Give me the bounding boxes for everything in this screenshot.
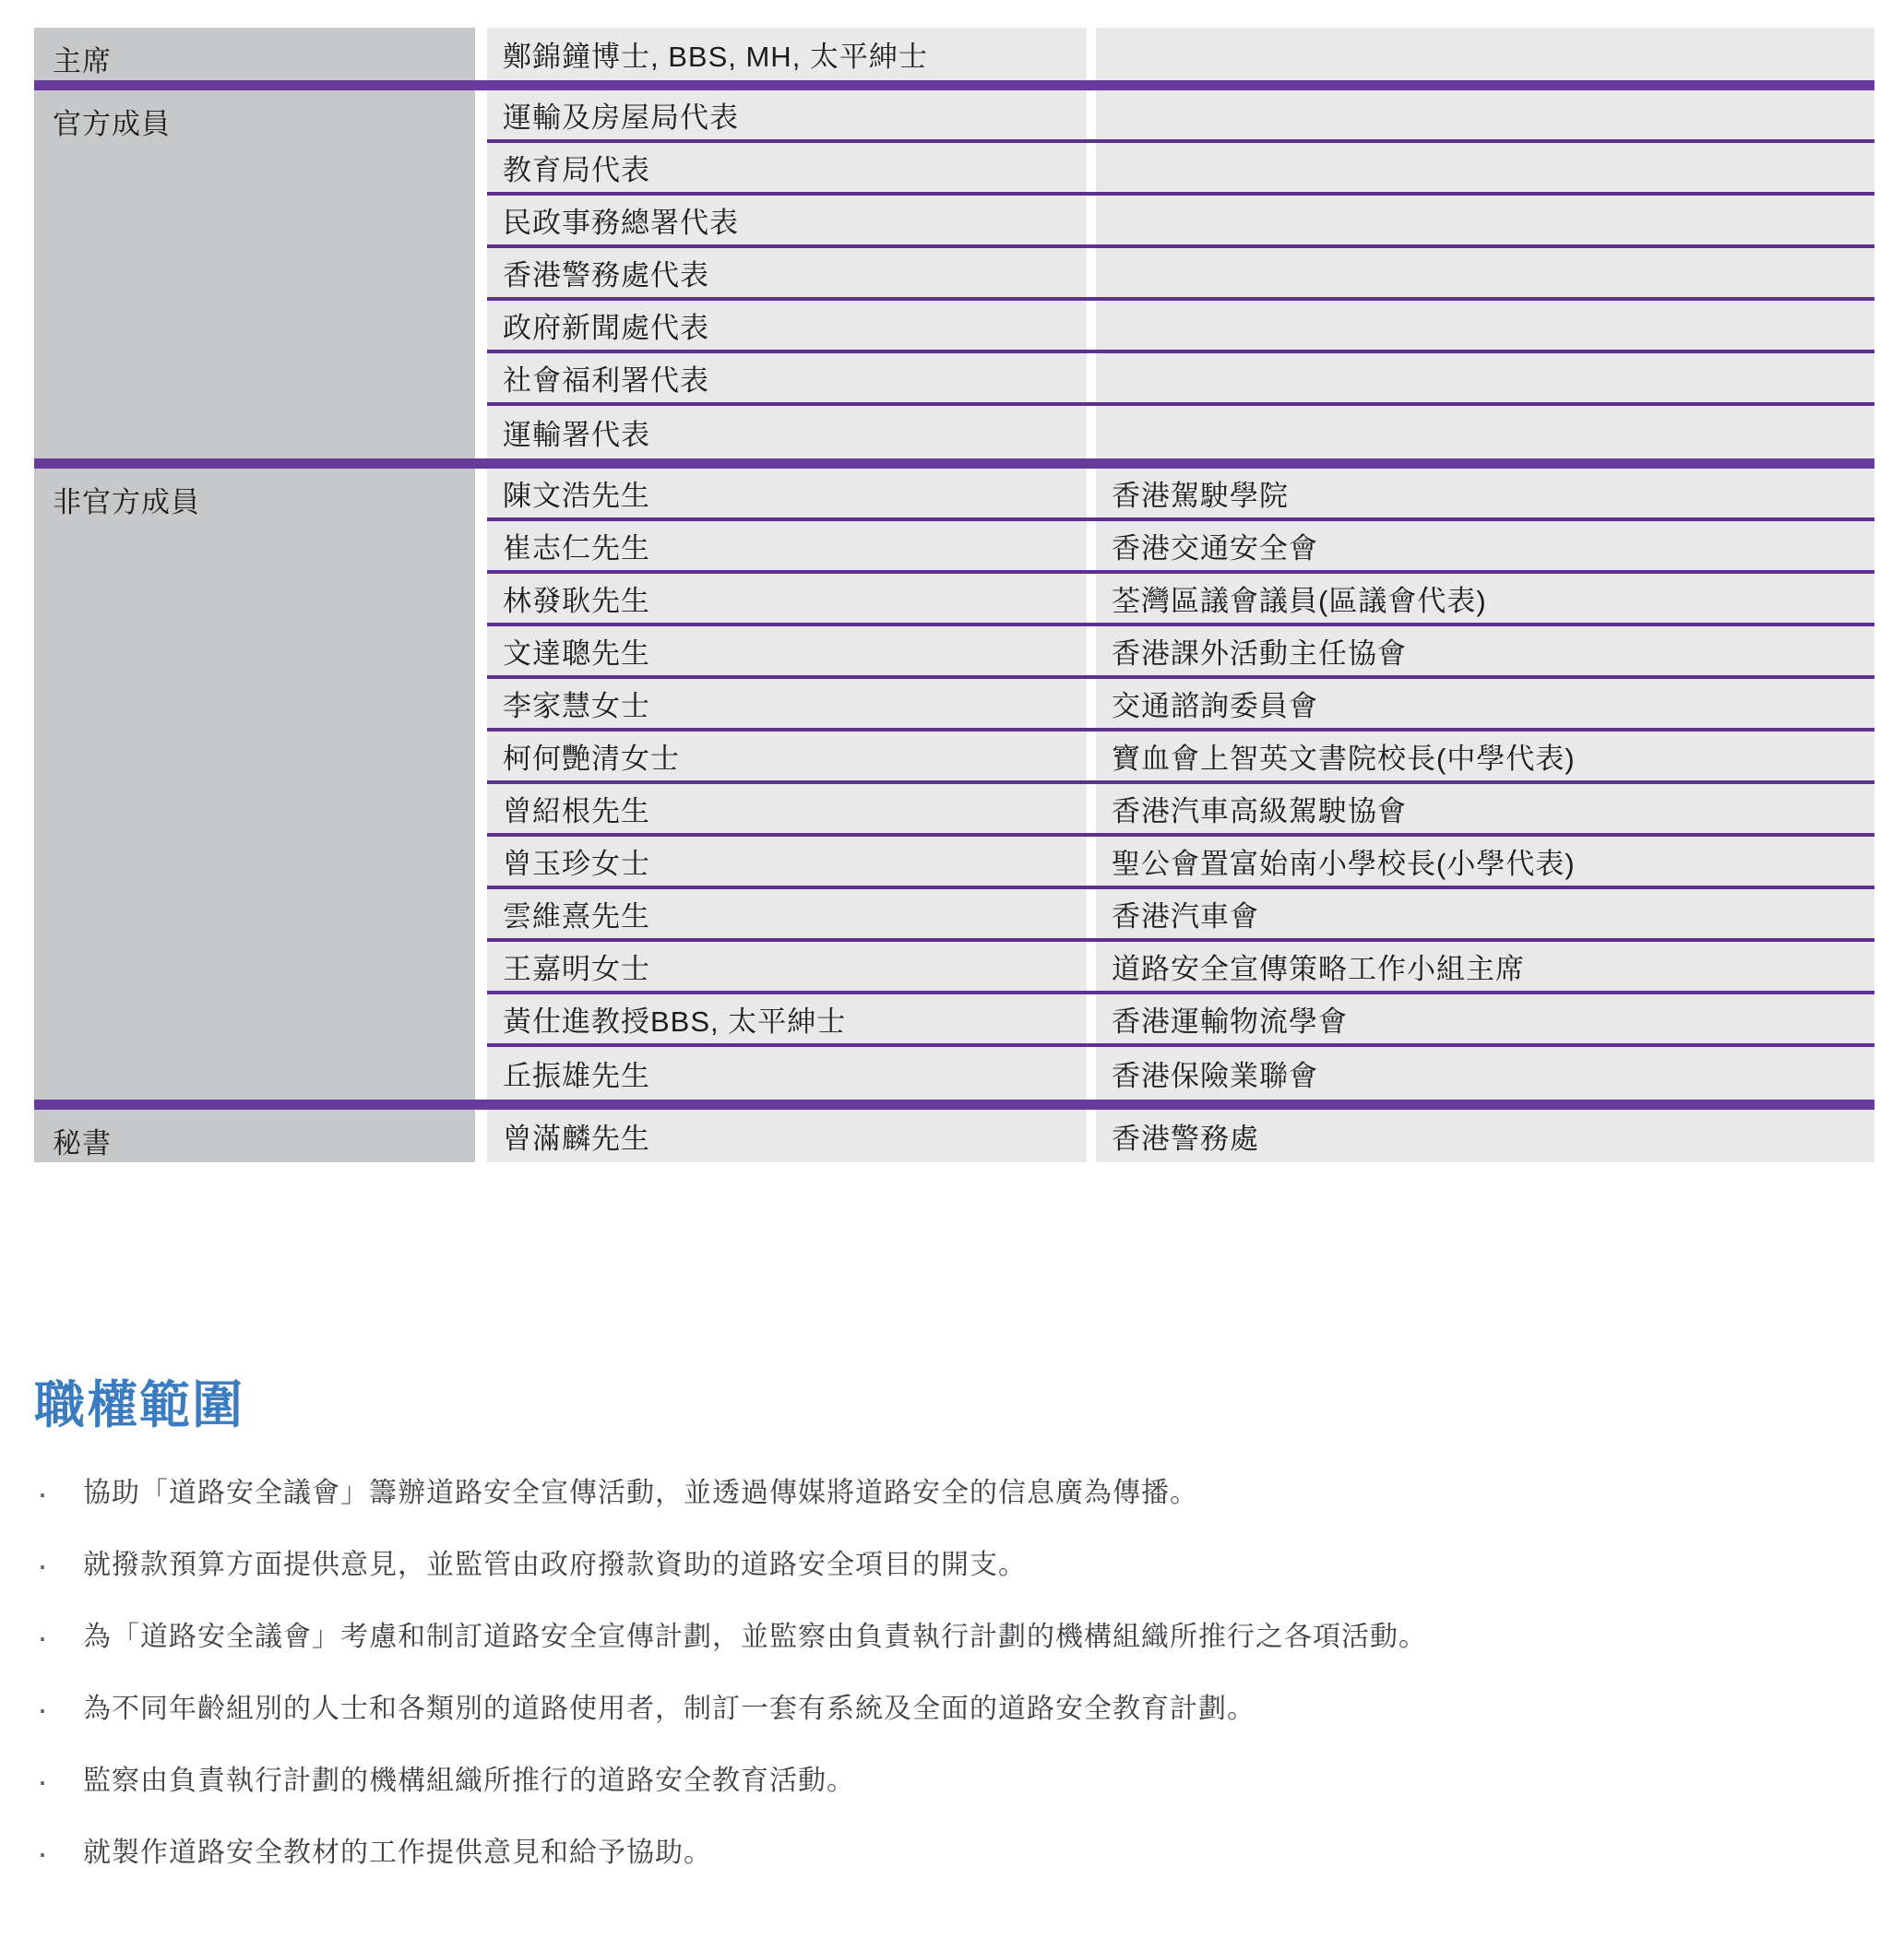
- table-row: 曾玉珍女士聖公會置富始南小學校長(小學代表): [487, 837, 1874, 889]
- member-org-cell: [1096, 196, 1874, 244]
- member-name-cell: 運輸署代表: [487, 406, 1087, 458]
- section-rows: 曾滿麟先生香港警務處: [487, 1110, 1874, 1162]
- cell-gap: [1087, 301, 1096, 350]
- member-name-cell: 教育局代表: [487, 143, 1087, 192]
- member-org-cell: 香港保險業聯會: [1096, 1047, 1874, 1100]
- member-org-cell: 香港汽車會: [1096, 889, 1874, 938]
- member-name-cell: 林發耿先生: [487, 574, 1087, 623]
- member-org-cell: 道路安全宣傳策略工作小組主席: [1096, 942, 1874, 991]
- member-name-cell: 李家慧女士: [487, 679, 1087, 728]
- cell-gap: [1087, 353, 1096, 402]
- bullet-text: 為不同年齡組別的人士和各類別的道路使用者，制訂一套有系統及全面的道路安全教育計劃…: [83, 1695, 1255, 1724]
- bullet-dot-icon: ·: [34, 1479, 83, 1508]
- member-org-cell: [1096, 248, 1874, 297]
- membership-table: 主席鄭錦鐘博士, BBS, MH, 太平紳士官方成員運輸及房屋局代表教育局代表民…: [34, 28, 1874, 1162]
- terms-list: ·協助「道路安全議會」籌辦道路安全宣傳活動，並透過傳媒將道路安全的信息廣為傳播。…: [34, 1479, 1874, 1868]
- member-name-cell: 丘振雄先生: [487, 1047, 1087, 1100]
- member-name-cell: 黃仕進教授BBS, 太平紳士: [487, 994, 1087, 1043]
- bullet-item: ·為「道路安全議會」考慮和制訂道路安全宣傳計劃，並監察由負責執行計劃的機構組織所…: [34, 1623, 1874, 1652]
- member-name-cell: 政府新聞處代表: [487, 301, 1087, 350]
- member-name-cell: 曾滿麟先生: [487, 1110, 1087, 1162]
- member-name-cell: 陳文浩先生: [487, 469, 1087, 517]
- member-org-cell: [1096, 353, 1874, 402]
- table-row: 李家慧女士交通諮詢委員會: [487, 679, 1874, 732]
- member-org-cell: 聖公會置富始南小學校長(小學代表): [1096, 837, 1874, 886]
- table-section: 主席鄭錦鐘博士, BBS, MH, 太平紳士: [34, 28, 1874, 80]
- table-row: 香港警務處代表: [487, 248, 1874, 301]
- cell-gap: [1087, 143, 1096, 192]
- bullet-text: 就撥款預算方面提供意見，並監管由政府撥款資助的道路安全項目的開支。: [83, 1551, 1027, 1580]
- cell-gap: [1087, 784, 1096, 833]
- cell-gap: [1087, 90, 1096, 139]
- bullet-item: ·監察由負責執行計劃的機構組織所推行的道路安全教育活動。: [34, 1767, 1874, 1796]
- member-name-cell: 鄭錦鐘博士, BBS, MH, 太平紳士: [487, 28, 1087, 80]
- cell-gap: [1087, 889, 1096, 938]
- column-gap: [475, 90, 487, 458]
- section-rows: 陳文浩先生香港駕駛學院崔志仁先生香港交通安全會林發耿先生荃灣區議會議員(區議會代…: [487, 469, 1874, 1100]
- member-name-cell: 王嘉明女士: [487, 942, 1087, 991]
- section-divider-bar: [34, 458, 1874, 469]
- column-gap: [475, 1110, 487, 1162]
- bullet-dot-icon: ·: [34, 1623, 83, 1652]
- bullet-dot-icon: ·: [34, 1551, 83, 1580]
- section-rows: 運輸及房屋局代表教育局代表民政事務總署代表香港警務處代表政府新聞處代表社會福利署…: [487, 90, 1874, 458]
- member-name-cell: 曾紹根先生: [487, 784, 1087, 833]
- member-org-cell: [1096, 28, 1874, 80]
- table-row: 社會福利署代表: [487, 353, 1874, 406]
- member-org-cell: [1096, 143, 1874, 192]
- member-org-cell: [1096, 406, 1874, 458]
- bullet-item: ·為不同年齡組別的人士和各類別的道路使用者，制訂一套有系統及全面的道路安全教育計…: [34, 1695, 1874, 1724]
- cell-gap: [1087, 574, 1096, 623]
- table-row: 陳文浩先生香港駕駛學院: [487, 469, 1874, 521]
- section-label: 秘書: [34, 1110, 475, 1162]
- member-org-cell: 香港交通安全會: [1096, 521, 1874, 570]
- section-label: 主席: [34, 28, 475, 80]
- table-row: 民政事務總署代表: [487, 196, 1874, 248]
- bullet-item: ·就製作道路安全教材的工作提供意見和給予協助。: [34, 1838, 1874, 1868]
- member-org-cell: 香港運輸物流學會: [1096, 994, 1874, 1043]
- table-row: 教育局代表: [487, 143, 1874, 196]
- member-org-cell: [1096, 90, 1874, 139]
- cell-gap: [1087, 248, 1096, 297]
- member-name-cell: 曾玉珍女士: [487, 837, 1087, 886]
- bullet-dot-icon: ·: [34, 1838, 83, 1868]
- section-rows: 鄭錦鐘博士, BBS, MH, 太平紳士: [487, 28, 1874, 80]
- cell-gap: [1087, 406, 1096, 458]
- table-row: 運輸署代表: [487, 406, 1874, 458]
- member-name-cell: 文達聰先生: [487, 626, 1087, 675]
- table-row: 柯何艷清女士寶血會上智英文書院校長(中學代表): [487, 732, 1874, 784]
- bullet-dot-icon: ·: [34, 1695, 83, 1724]
- table-row: 運輸及房屋局代表: [487, 90, 1874, 143]
- cell-gap: [1087, 196, 1096, 244]
- member-name-cell: 社會福利署代表: [487, 353, 1087, 402]
- cell-gap: [1087, 837, 1096, 886]
- table-section: 官方成員運輸及房屋局代表教育局代表民政事務總署代表香港警務處代表政府新聞處代表社…: [34, 90, 1874, 458]
- member-name-cell: 香港警務處代表: [487, 248, 1087, 297]
- member-org-cell: 荃灣區議會議員(區議會代表): [1096, 574, 1874, 623]
- member-name-cell: 柯何艷清女士: [487, 732, 1087, 780]
- member-name-cell: 雲維熹先生: [487, 889, 1087, 938]
- section-label: 非官方成員: [34, 469, 475, 1100]
- column-gap: [475, 28, 487, 80]
- member-name-cell: 運輸及房屋局代表: [487, 90, 1087, 139]
- table-row: 文達聰先生香港課外活動主任協會: [487, 626, 1874, 679]
- member-org-cell: 交通諮詢委員會: [1096, 679, 1874, 728]
- column-gap: [475, 469, 487, 1100]
- bullet-item: ·協助「道路安全議會」籌辦道路安全宣傳活動，並透過傳媒將道路安全的信息廣為傳播。: [34, 1479, 1874, 1508]
- table-row: 黃仕進教授BBS, 太平紳士香港運輸物流學會: [487, 994, 1874, 1047]
- member-name-cell: 民政事務總署代表: [487, 196, 1087, 244]
- cell-gap: [1087, 732, 1096, 780]
- cell-gap: [1087, 626, 1096, 675]
- table-row: 政府新聞處代表: [487, 301, 1874, 353]
- bullet-text: 就製作道路安全教材的工作提供意見和給予協助。: [83, 1838, 712, 1868]
- table-row: 鄭錦鐘博士, BBS, MH, 太平紳士: [487, 28, 1874, 80]
- table-row: 王嘉明女士道路安全宣傳策略工作小組主席: [487, 942, 1874, 994]
- bullet-text: 為「道路安全議會」考慮和制訂道路安全宣傳計劃，並監察由負責執行計劃的機構組織所推…: [83, 1623, 1427, 1652]
- bullet-text: 協助「道路安全議會」籌辦道路安全宣傳活動，並透過傳媒將道路安全的信息廣為傳播。: [83, 1479, 1198, 1508]
- member-org-cell: 香港汽車高級駕駛協會: [1096, 784, 1874, 833]
- member-org-cell: 香港駕駛學院: [1096, 469, 1874, 517]
- table-row: 丘振雄先生香港保險業聯會: [487, 1047, 1874, 1100]
- table-section: 秘書曾滿麟先生香港警務處: [34, 1110, 1874, 1162]
- cell-gap: [1087, 521, 1096, 570]
- table-section: 非官方成員陳文浩先生香港駕駛學院崔志仁先生香港交通安全會林發耿先生荃灣區議會議員…: [34, 469, 1874, 1100]
- bullet-item: ·就撥款預算方面提供意見，並監管由政府撥款資助的道路安全項目的開支。: [34, 1551, 1874, 1580]
- cell-gap: [1087, 942, 1096, 991]
- table-row: 曾紹根先生香港汽車高級駕駛協會: [487, 784, 1874, 837]
- cell-gap: [1087, 469, 1096, 517]
- member-name-cell: 崔志仁先生: [487, 521, 1087, 570]
- table-row: 林發耿先生荃灣區議會議員(區議會代表): [487, 574, 1874, 626]
- section-label: 官方成員: [34, 90, 475, 458]
- member-org-cell: [1096, 301, 1874, 350]
- cell-gap: [1087, 28, 1096, 80]
- section-divider-bar: [34, 80, 1874, 90]
- bullet-text: 監察由負責執行計劃的機構組織所推行的道路安全教育活動。: [83, 1767, 855, 1796]
- table-row: 曾滿麟先生香港警務處: [487, 1110, 1874, 1162]
- member-org-cell: 香港課外活動主任協會: [1096, 626, 1874, 675]
- cell-gap: [1087, 1047, 1096, 1100]
- cell-gap: [1087, 994, 1096, 1043]
- terms-of-reference-section: 職權範圍 ·協助「道路安全議會」籌辦道路安全宣傳活動，並透過傳媒將道路安全的信息…: [34, 1377, 1874, 1910]
- terms-heading: 職權範圍: [34, 1377, 1874, 1433]
- member-org-cell: 香港警務處: [1096, 1110, 1874, 1162]
- cell-gap: [1087, 679, 1096, 728]
- cell-gap: [1087, 1110, 1096, 1162]
- table-row: 雲維熹先生香港汽車會: [487, 889, 1874, 942]
- bullet-dot-icon: ·: [34, 1767, 83, 1796]
- member-org-cell: 寶血會上智英文書院校長(中學代表): [1096, 732, 1874, 780]
- section-divider-bar: [34, 1100, 1874, 1110]
- table-row: 崔志仁先生香港交通安全會: [487, 521, 1874, 574]
